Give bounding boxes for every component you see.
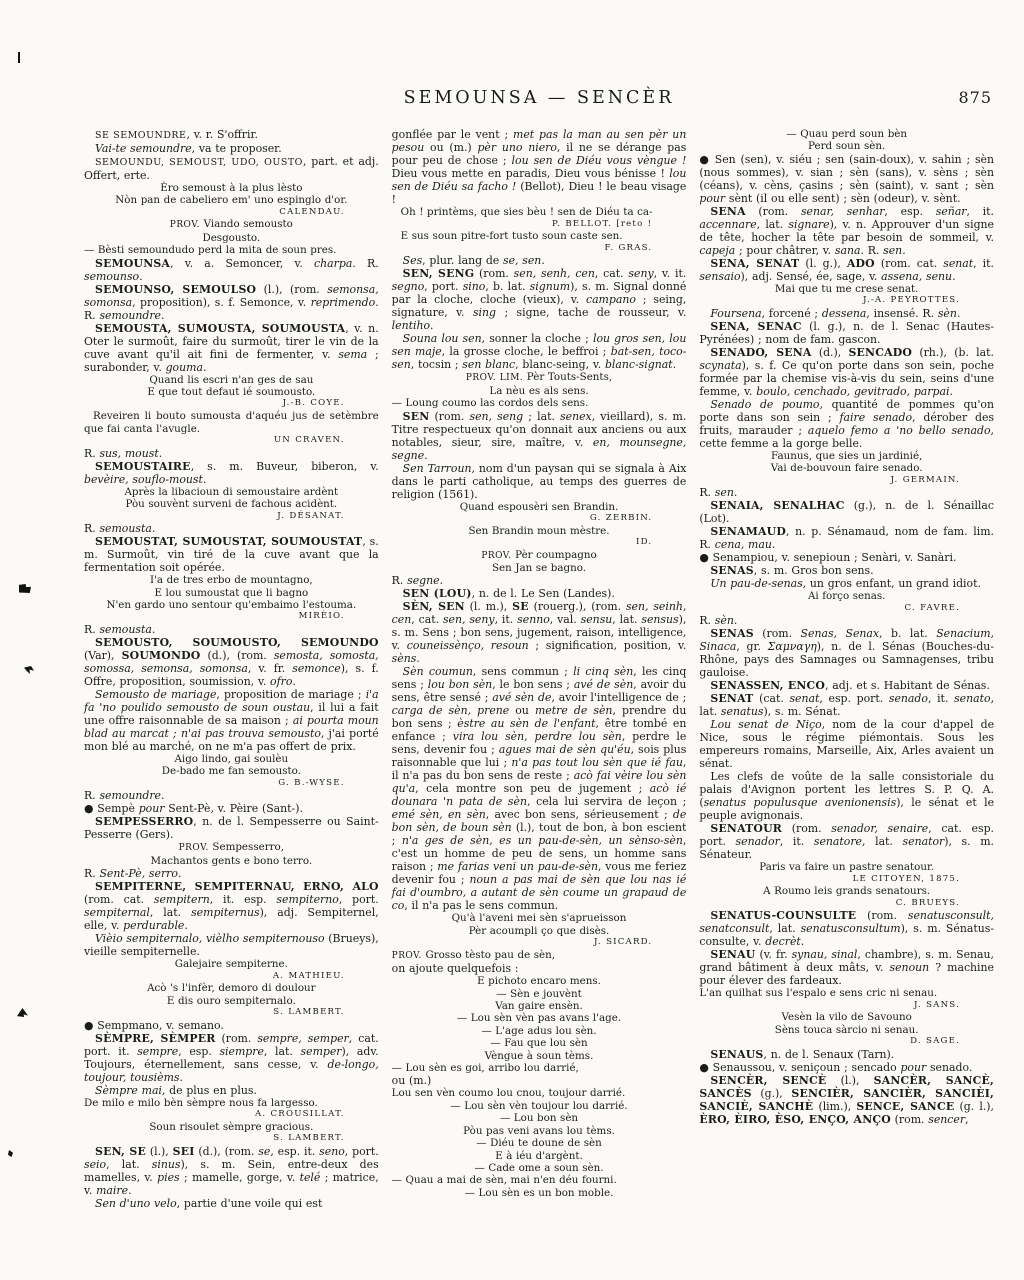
verse-line: N'en gardo uno sentour qu'embaimo l'esto… [84, 599, 379, 611]
styled-text: SENA, SENAT [710, 257, 799, 270]
styled-text: semper [301, 1045, 342, 1058]
entry-paragraph: SÈN, SEN (l. m.), SE (rouerg.), (rom. se… [392, 600, 687, 665]
styled-text: sana [835, 244, 861, 257]
attribution: A. CROUSILLAT. [84, 1109, 379, 1121]
styled-text: SENAT [710, 692, 753, 705]
styled-text: sing [473, 306, 496, 319]
continuation-paragraph: ● Sempmano, v. semano. [84, 1019, 379, 1032]
continuation-paragraph: R. Sent-Pè, serro. [84, 867, 379, 880]
page-header: SEMOUNSA — SENCÈR 875 [84, 88, 994, 112]
styled-text: semousta [99, 623, 151, 636]
styled-text: ÈRO, ÈIRO, ÈSO, ENÇO, ANÇO [699, 1113, 891, 1126]
styled-text: assena, senu [881, 270, 952, 283]
styled-text: PROV. [170, 220, 200, 230]
verse-line: — Lou sèn es un bon moble. [392, 1187, 687, 1199]
styled-text: SEMOUSTO, SOUMOUSTO, SEMOUNDO [95, 636, 379, 649]
styled-text: perdurable [123, 919, 184, 932]
verse-line: Faunus, que sies un jardinié, [699, 450, 994, 462]
styled-text: carga de sèn, prene [392, 704, 510, 717]
styled-text: aquelo femo a 'no bello senado [808, 424, 991, 437]
verse-line: PROV. Viando semousto [84, 218, 379, 231]
attribution: LE CITOYEN, 1875. [699, 874, 994, 886]
entry-paragraph: Sen d'uno velo, partie d'une voile qui e… [84, 1197, 379, 1210]
entry-paragraph: SENAIA, SENALHAC (g.), n. de l. Sénailla… [699, 499, 994, 525]
styled-text: semoundre [99, 789, 161, 802]
entry-paragraph: SENADO, SENA (d.), SENCADO (rh.), (b. la… [699, 346, 994, 398]
styled-text: Foursena [710, 307, 761, 320]
entry-paragraph: SÈMPRE, SÈMPER (rom. sempre, semper, cat… [84, 1032, 379, 1084]
attribution: J. SICARD. [392, 937, 687, 949]
verse-line: PROV. Sempesserro, [84, 841, 379, 854]
verse-line: Après la libacioun di semoustaire ardènt [84, 486, 379, 498]
verse-line: Sen Brandin moun mèstre. [392, 525, 687, 537]
verse-line: Vèngue à soun tèms. [392, 1050, 687, 1062]
styled-text: sempre, semper [257, 1032, 348, 1045]
styled-text: SENCE, SANCE [856, 1100, 954, 1113]
styled-text: PROV. [481, 551, 511, 561]
entry-paragraph: SENATUS-COUNSULTE (rom. senatusconsult, … [699, 909, 994, 948]
styled-text: SENAIA, SENALHAC [710, 499, 844, 512]
styled-text: avé sèn de [492, 691, 551, 704]
styled-text: telé [300, 1171, 321, 1184]
styled-text: SEMOUNSA [95, 257, 170, 270]
styled-text: sèns [392, 652, 417, 665]
entry-paragraph: SE SEMOUNDRE, v. r. S'offrir. [84, 128, 379, 142]
styled-text: sempre [137, 1045, 178, 1058]
styled-text: senex [560, 410, 592, 423]
entry-paragraph: Sèn coumun, sens commun ; li cinq sèn, l… [392, 665, 687, 912]
styled-text: senatus [721, 705, 764, 718]
styled-text: SENATUS-COUNSULTE [710, 909, 856, 922]
continuation-paragraph: R. semoundre. [84, 789, 379, 802]
styled-text: sen [883, 244, 902, 257]
attribution: CALENDAU. [84, 207, 379, 219]
continuation-paragraph: ● Senaussou, v. seniçoun ; sencado pour … [699, 1061, 994, 1074]
styled-text: SENAS [710, 627, 753, 640]
styled-text: SENCÈR, SENCÈ [710, 1074, 826, 1087]
styled-text: SEI [173, 1145, 195, 1158]
verse-line: Pòu souvènt surveni de fachous acidènt. [84, 498, 379, 510]
continuation-paragraph: R. sen. [699, 486, 994, 499]
styled-text: avé de sèn [574, 678, 633, 691]
styled-text: acò ié dounara 'n pata de sèn [392, 782, 687, 808]
column-3: — Quau perd soun bènPerd soun sèn.● Sen … [699, 128, 994, 1210]
styled-text: SEMOUSTA, SUMOUSTA, SOUMOUSTA [95, 322, 345, 335]
verse-line: La nèu es als sens. [392, 385, 687, 397]
ink-smudge [24, 666, 34, 674]
entry-paragraph: SENA, SENAT (l. g.), ADO (rom. cat. sena… [699, 257, 994, 283]
verse-line: Sèns touca sàrcio ni senau. [699, 1024, 994, 1036]
proverb-line: De milo e milo bèn sèmpre nous fa larges… [84, 1097, 379, 1109]
entry-paragraph: SEMOUSTAT, SUMOUSTAT, SOUMOUSTAT, s. m. … [84, 535, 379, 574]
verse-line: Quand espousèri sen Brandin. [392, 501, 687, 513]
styled-text: se [258, 1145, 270, 1158]
styled-text: Senas, Senax [801, 627, 880, 640]
entry-paragraph: SENAUS, n. de l. Senaux (Tarn). [699, 1048, 994, 1061]
quote-paragraph: Oh ! printèms, que sies bèu ! sen de Dié… [392, 206, 687, 219]
entry-paragraph: SEMOUSTO, SOUMOUSTO, SEMOUNDO (Var), SOU… [84, 636, 379, 688]
styled-text: seio [84, 1158, 106, 1171]
verse-line: Qu'à l'aveni mei sèn s'aprueisson [392, 912, 687, 924]
styled-text: acò fai vèire lou sèn qu'a [392, 769, 687, 795]
styled-text: senno [517, 613, 550, 626]
styled-text: reprimendo [311, 296, 376, 309]
styled-text: vira lou sèn, perdre lou sèn [453, 730, 622, 743]
styled-text: lou bon sèn [428, 678, 492, 691]
verse-line: Èro semoust à la plus lèsto [84, 182, 379, 194]
ink-smudge [17, 1008, 28, 1017]
verse-line: Vesèn la vilo de Savouno [699, 1011, 994, 1023]
styled-text: senator [903, 835, 945, 848]
proverb-line: — Loung coumo las cordos dels sens. [392, 397, 687, 409]
verse-line: Ai forço senas. [699, 590, 994, 602]
styled-text: SOUMONDO [122, 649, 201, 662]
styled-text: sèn [715, 614, 734, 627]
styled-text: SENA, SENAC [710, 320, 801, 333]
styled-text: semousta [99, 522, 151, 535]
continuation-paragraph: R. semousta. [84, 623, 379, 636]
styled-text: sema [338, 348, 367, 361]
styled-text: en, mounsegne, segne [392, 436, 687, 462]
styled-text: SEMOUSTAT, SUMOUSTAT, SOUMOUSTAT [95, 535, 362, 548]
styled-text: emé sèn, en sèn [392, 808, 486, 821]
proverb-line: — Bèsti semoundudo perd la mita de soun … [84, 244, 379, 256]
styled-text: SENATOUR [710, 822, 782, 835]
entry-paragraph: SEN (LOU), n. de l. Le Sen (Landes). [392, 587, 687, 600]
styled-text: sen, seny [443, 613, 495, 626]
styled-text: sempiternus [191, 906, 259, 919]
styled-text: ai pourta moun blad au marcat ; n'ai pas… [84, 714, 379, 740]
styled-text: Sent-Pè, serro [99, 867, 178, 880]
verse-line: Acò 's l'infèr, demoro di doulour [84, 982, 379, 994]
styled-text: SEN (LOU) [403, 587, 472, 600]
continuation-paragraph: on ajoute quelquefois : [392, 962, 687, 975]
attribution: P. BELLOT. [reto ! [392, 219, 687, 231]
styled-text: ofro [270, 675, 292, 688]
verse-line: Machantos gents e bono terro. [84, 855, 379, 867]
verse-line: Mai que tu me crese senat. [699, 283, 994, 295]
styled-text: maire [96, 1184, 128, 1197]
verse-line: — Lou bon sèn [392, 1112, 687, 1124]
entry-paragraph: SENCÈR, SENCÈ (l.), SANCÈR, SANCÈ, SANCÈ… [699, 1074, 994, 1126]
styled-text: synau, sinal [792, 948, 858, 961]
verse-line: PROV. LIM. Pèr Touts-Sents, [392, 371, 687, 384]
column-2: gonflée par le vent ; met pas la man au … [392, 128, 687, 1210]
attribution: J.-A. PEYROTTES. [699, 295, 994, 307]
verse-line: De-bado me fan semousto. [84, 765, 379, 777]
entry-paragraph: Lou senat de Niço, nom de la cour d'appe… [699, 718, 994, 770]
text-columns: SE SEMOUNDRE, v. r. S'offrir.Vai-te semo… [84, 128, 994, 1210]
styled-text: Lou senat de Niço [710, 718, 821, 731]
styled-text: SEMPESSERRO [95, 815, 193, 828]
column-1: SE SEMOUNDRE, v. r. S'offrir.Vai-te semo… [84, 128, 379, 1210]
styled-text: Vai-te semoundre [95, 142, 192, 155]
styled-text: Semousto de mariage [95, 688, 216, 701]
styled-text: SEMOUSTAIRE [95, 460, 191, 473]
styled-text: SEN [403, 410, 430, 423]
proverb-line: L'an quilhat sus l'espalo e sens cric ni… [699, 987, 994, 999]
entry-paragraph: Ses, plur. lang de se, sen. [392, 254, 687, 267]
entry-paragraph: Semousto de mariage, proposition de mari… [84, 688, 379, 753]
styled-text: couneissènço, resoun [407, 639, 529, 652]
styled-text: èstre au sèn de l'enfant [457, 717, 595, 730]
styled-text: boulo, cenchado, gevitrado, parpai [756, 385, 949, 398]
styled-text: sempitern [154, 893, 210, 906]
verse-line: — Sèn e jouvènt [392, 988, 687, 1000]
continuation-paragraph: R. sèn. [699, 614, 994, 627]
entry-paragraph: SEMPESSERRO, n. de l. Sempesserre ou Sai… [84, 815, 379, 841]
styled-text: Sen Tarroun [403, 462, 472, 475]
verse-line: Van gaire ensèn. [392, 1000, 687, 1012]
styled-text: agues mai de sèn qu'éu [499, 743, 631, 756]
styled-text: SENCADO [848, 346, 912, 359]
entry-paragraph: SEMPITERNE, SEMPITERNAU, ERNO, ALO (rom.… [84, 880, 379, 932]
styled-text: SENAUS [710, 1048, 763, 1061]
styled-text: me farias veni un pau-de-sèn [437, 860, 598, 873]
page-number: 875 [958, 88, 992, 107]
styled-text: PROV. [392, 951, 422, 961]
styled-text: noun a pas mai de sèn que lou nas ié fai… [392, 873, 687, 912]
continuation-paragraph: gonflée par le vent ; met pas la man au … [392, 128, 687, 206]
styled-text: SENA [710, 205, 745, 218]
styled-text: pour [699, 192, 725, 205]
styled-text: senatore [814, 835, 862, 848]
styled-text: Σαμναγη [768, 640, 817, 653]
verse-line: — Cade ome a soun sèn. [392, 1162, 687, 1174]
styled-text: sensus [641, 613, 678, 626]
entry-paragraph: SEN, SE (l.), SEI (d.), (rom. se, esp. i… [84, 1145, 379, 1197]
styled-text: sèn [938, 307, 957, 320]
verse-line: E à iéu d'argènt. [392, 1150, 687, 1162]
entry-paragraph: SEMOUNDU, SEMOUST, UDO, OUSTO, part. et … [84, 155, 379, 182]
styled-text: señar [936, 205, 967, 218]
running-head: SEMOUNSA — SENCÈR [84, 88, 994, 108]
styled-text: SEMOUNDU, SEMOUST, UDO, OUSTO [95, 157, 303, 168]
styled-text: seny [628, 267, 653, 280]
continuation-paragraph: ou (m.) [392, 1074, 687, 1087]
verse-line: Pèr acoumpli ço que disès. [392, 925, 687, 937]
styled-text: senat [943, 257, 973, 270]
styled-text: blanc-signat [605, 358, 673, 371]
entry-paragraph: Souna lou sen, sonner la cloche ; lou gr… [392, 332, 687, 371]
styled-text: charpa [314, 257, 352, 270]
styled-text: senador [736, 835, 780, 848]
styled-text: sen [715, 486, 734, 499]
styled-text: SEN, SE [95, 1145, 146, 1158]
attribution: J. SANS. [699, 1000, 994, 1012]
styled-text: SENAS [710, 564, 753, 577]
entry-paragraph: Vièio sempiternalo, vièlho sempiternouso… [84, 932, 379, 958]
attribution: G. ZERBIN. [392, 513, 687, 525]
styled-text: sencer [928, 1113, 965, 1126]
verse-line: Galejaire sempiterne. [84, 958, 379, 970]
styled-text: senato [954, 692, 990, 705]
verse-line: Pòu pas veni avans lou tèms. [392, 1125, 687, 1137]
styled-text: scynata [699, 359, 741, 372]
styled-text: senatus populusque avenionensis [704, 796, 897, 809]
styled-text: decrèt [765, 935, 801, 948]
styled-text: sempiterno [276, 893, 338, 906]
entry-paragraph: SENAU (v. fr. synau, sinal, chambre), s.… [699, 948, 994, 987]
styled-text: n'a ges de sèn, es un pau-de-sèn, un sèn… [402, 834, 683, 847]
styled-text: SEMPITERNE, SEMPITERNAU, ERNO, ALO [95, 880, 379, 893]
proverb-line: — Quau a mai de sèn, mai n'en déu fourni… [392, 1174, 687, 1186]
attribution: F. GRAS. [392, 243, 687, 255]
proverb-line: PROV. Grosso tèsto pau de sèn, [392, 949, 687, 962]
styled-text: SEMOUNSO, SEMOULSO [95, 283, 256, 296]
entry-paragraph: SENATOUR (rom. senador, senaire, cat. es… [699, 822, 994, 861]
styled-text: lentiho [392, 319, 430, 332]
ink-smudge [18, 52, 20, 63]
styled-text: pour [139, 802, 165, 815]
styled-text: segno [392, 280, 425, 293]
verse-line: I'a de tres erbo de mountagno, [84, 574, 379, 586]
styled-text: signum [530, 280, 570, 293]
styled-text: lou sen de Diéu vous vèngue ! [512, 154, 687, 167]
styled-text: Vièio sempiternalo, vièlho sempiternouso [95, 932, 325, 945]
verse-line: — Diéu te doune de sèn [392, 1137, 687, 1149]
styled-text: lou sen de Diéu sa facho ! [392, 167, 687, 193]
attribution: ID. [392, 537, 687, 549]
verse-line: — Fau que lou sèn [392, 1037, 687, 1049]
attribution: S. LAMBERT. [84, 1007, 379, 1019]
styled-text: semonce [292, 662, 340, 675]
entry-paragraph: SEN, SENG (rom. sen, senh, cen, cat. sen… [392, 267, 687, 332]
verse-line: A Roumo leis grands senatours. [699, 885, 994, 897]
verse-line: Perd soun sèn. [699, 140, 994, 152]
verse-line: E que tout defaut ié soumousto. [84, 386, 379, 398]
verse-line: Desgousto. [84, 232, 379, 244]
verse-line: Vai de-bouvoun faire senado. [699, 462, 994, 474]
styled-text: SENAU [710, 948, 755, 961]
styled-text: PROV. [179, 843, 209, 853]
entry-paragraph: SEMOUNSO, SEMOULSO (l.), (rom. semonsa, … [84, 283, 379, 322]
proverb-line: Lou sen vèn coumo lou cnou, toujour darr… [392, 1087, 687, 1099]
styled-text: ADO [847, 257, 875, 270]
styled-text: accennare [699, 218, 756, 231]
entry-paragraph: Foursena, forcené ; dessena, insensé. R.… [699, 307, 994, 320]
verse-line: PROV. Pèr coumpagno [392, 549, 687, 562]
styled-text: semounso [84, 270, 139, 283]
entry-paragraph: SENASSEN, ENCO, adj. et s. Habitant de S… [699, 679, 994, 692]
entry-paragraph: Vai-te semoundre, va te proposer. [84, 142, 379, 155]
continuation-paragraph: R. sus, moust. [84, 447, 379, 460]
styled-text: sen blanc [462, 358, 515, 371]
continuation-paragraph: ● Senampiou, v. senepioun ; Senàri, v. S… [699, 551, 994, 564]
styled-text: dessena [822, 307, 867, 320]
attribution: A. MATHIEU. [84, 971, 379, 983]
styled-text: sus, moust [99, 447, 158, 460]
verse-line: Nòn pan de cabeliero em' uno espinglo d'… [84, 194, 379, 206]
entry-paragraph: Senado de poumo, quantité de pommes qu'o… [699, 398, 994, 450]
styled-text: campano [586, 293, 636, 306]
proverb-line: — Lou sèn es goi, arribo lou darrié, [392, 1062, 687, 1074]
styled-text: senador, senaire [831, 822, 928, 835]
styled-text: n'a pas tout lou sèn que ié fau [511, 756, 682, 769]
styled-text: seno [319, 1145, 345, 1158]
entry-paragraph: SENAT (cat. senat, esp. port. senado, it… [699, 692, 994, 718]
entry-paragraph: SENAS, s. m. Gros bon sens. [699, 564, 994, 577]
styled-text: SE SEMOUNDRE [95, 130, 186, 141]
styled-text: Souna lou sen [403, 332, 482, 345]
styled-text: sen, seng [469, 410, 523, 423]
styled-text: sensu [581, 613, 613, 626]
verse-line: — Lou sèn vèn toujour lou darrié. [392, 1100, 687, 1112]
styled-text: pèr uno niero [477, 141, 556, 154]
styled-text: senat [789, 692, 819, 705]
verse-line: E pichoto encaro mens. [392, 975, 687, 987]
styled-text: Sèn coumun [403, 665, 473, 678]
entry-paragraph: SENA, SENAC (l. g.), n. de l. Senac (Hau… [699, 320, 994, 346]
styled-text: pour [900, 1061, 926, 1074]
continuation-paragraph: R. segne. [392, 574, 687, 587]
styled-text: metre de sèn [535, 704, 612, 717]
attribution: J. DÉSANAT. [84, 511, 379, 523]
styled-text: SENASSEN, ENCO [710, 679, 825, 692]
styled-text: SENAMAUD [710, 525, 786, 538]
styled-text: capeja [699, 244, 735, 257]
styled-text: cena, mau [715, 538, 772, 551]
styled-text: SEN, SENG [403, 267, 475, 280]
entry-paragraph: Un pau-de-senas, un gros enfant, un gran… [699, 577, 994, 590]
styled-text: senado [889, 692, 928, 705]
styled-text: SÈN, SEN [403, 600, 465, 613]
entry-paragraph: SEMOUSTA, SUMOUSTA, SOUMOUSTA, v. n. Ote… [84, 322, 379, 374]
continuation-paragraph: ● Sen (sen), v. siéu ; sen (sain-doux), … [699, 153, 994, 205]
styled-text: Senado de poumo [710, 398, 819, 411]
attribution: G. B.-WYSE. [84, 778, 379, 790]
entry-paragraph: Sen Tarroun, nom d'un paysan qui se sign… [392, 462, 687, 501]
entry-paragraph: SEMOUNSA, v. a. Semoncer, v. charpa. R. … [84, 257, 379, 283]
entry-paragraph: SENAMAUD, n. p. Sénamaud, nom de fam. li… [699, 525, 994, 551]
entry-paragraph: Les clefs de voûte de la salle consistor… [699, 770, 994, 822]
styled-text: senar, senhar [801, 205, 884, 218]
verse-line: Soun risoulet sèmpre gracious. [84, 1121, 379, 1133]
styled-text: sensaio [699, 270, 740, 283]
styled-text: SE [512, 600, 529, 613]
continuation-paragraph: ● Sempè pour Sent-Pè, v. Pèire (Sant-). [84, 802, 379, 815]
styled-text: faire senado [840, 411, 913, 424]
verse-line: Paris va faire un pastre senatour. [699, 861, 994, 873]
styled-text: gouma [166, 361, 203, 374]
styled-text: de-longo, toujour, tousièms [84, 1058, 379, 1084]
styled-text: siempre [219, 1045, 263, 1058]
styled-text: senatusconsultum [801, 922, 901, 935]
styled-text: Ses [403, 254, 423, 267]
verse-line: Aigo lindo, gai soulèu [84, 753, 379, 765]
entry-paragraph: SEN (rom. sen, seng ; lat. senex, vieill… [392, 410, 687, 462]
attribution: C. BRUEYS. [699, 898, 994, 910]
ink-smudge [8, 1150, 13, 1157]
styled-text: signare [788, 218, 829, 231]
styled-text: sinus [152, 1158, 181, 1171]
attribution: J. GERMAIN. [699, 475, 994, 487]
styled-text: senoun [890, 961, 930, 974]
entry-paragraph: SEMOUSTAIRE, s. m. Buveur, biberon, v. b… [84, 460, 379, 486]
styled-text: SÈMPRE, SÈMPER [95, 1032, 215, 1045]
styled-text: Sèmpre mai [95, 1084, 162, 1097]
attribution: MIRÈIO. [84, 611, 379, 623]
styled-text: PROV. LIM. [466, 373, 523, 383]
continuation-paragraph: R. semousta. [84, 522, 379, 535]
quote-paragraph: E sus soun pitre-fort tusto soun caste s… [392, 230, 687, 243]
styled-text: semoundre [99, 309, 161, 322]
entry-paragraph: Sèmpre mai, de plus en plus. [84, 1084, 379, 1097]
entry-paragraph: SENA (rom. senar, senhar, esp. señar, it… [699, 205, 994, 257]
styled-text: Un pau-de-senas [710, 577, 802, 590]
styled-text: se, sen [503, 254, 541, 267]
verse-line: — Lou sèn vèn pas avans l'age. [392, 1012, 687, 1024]
